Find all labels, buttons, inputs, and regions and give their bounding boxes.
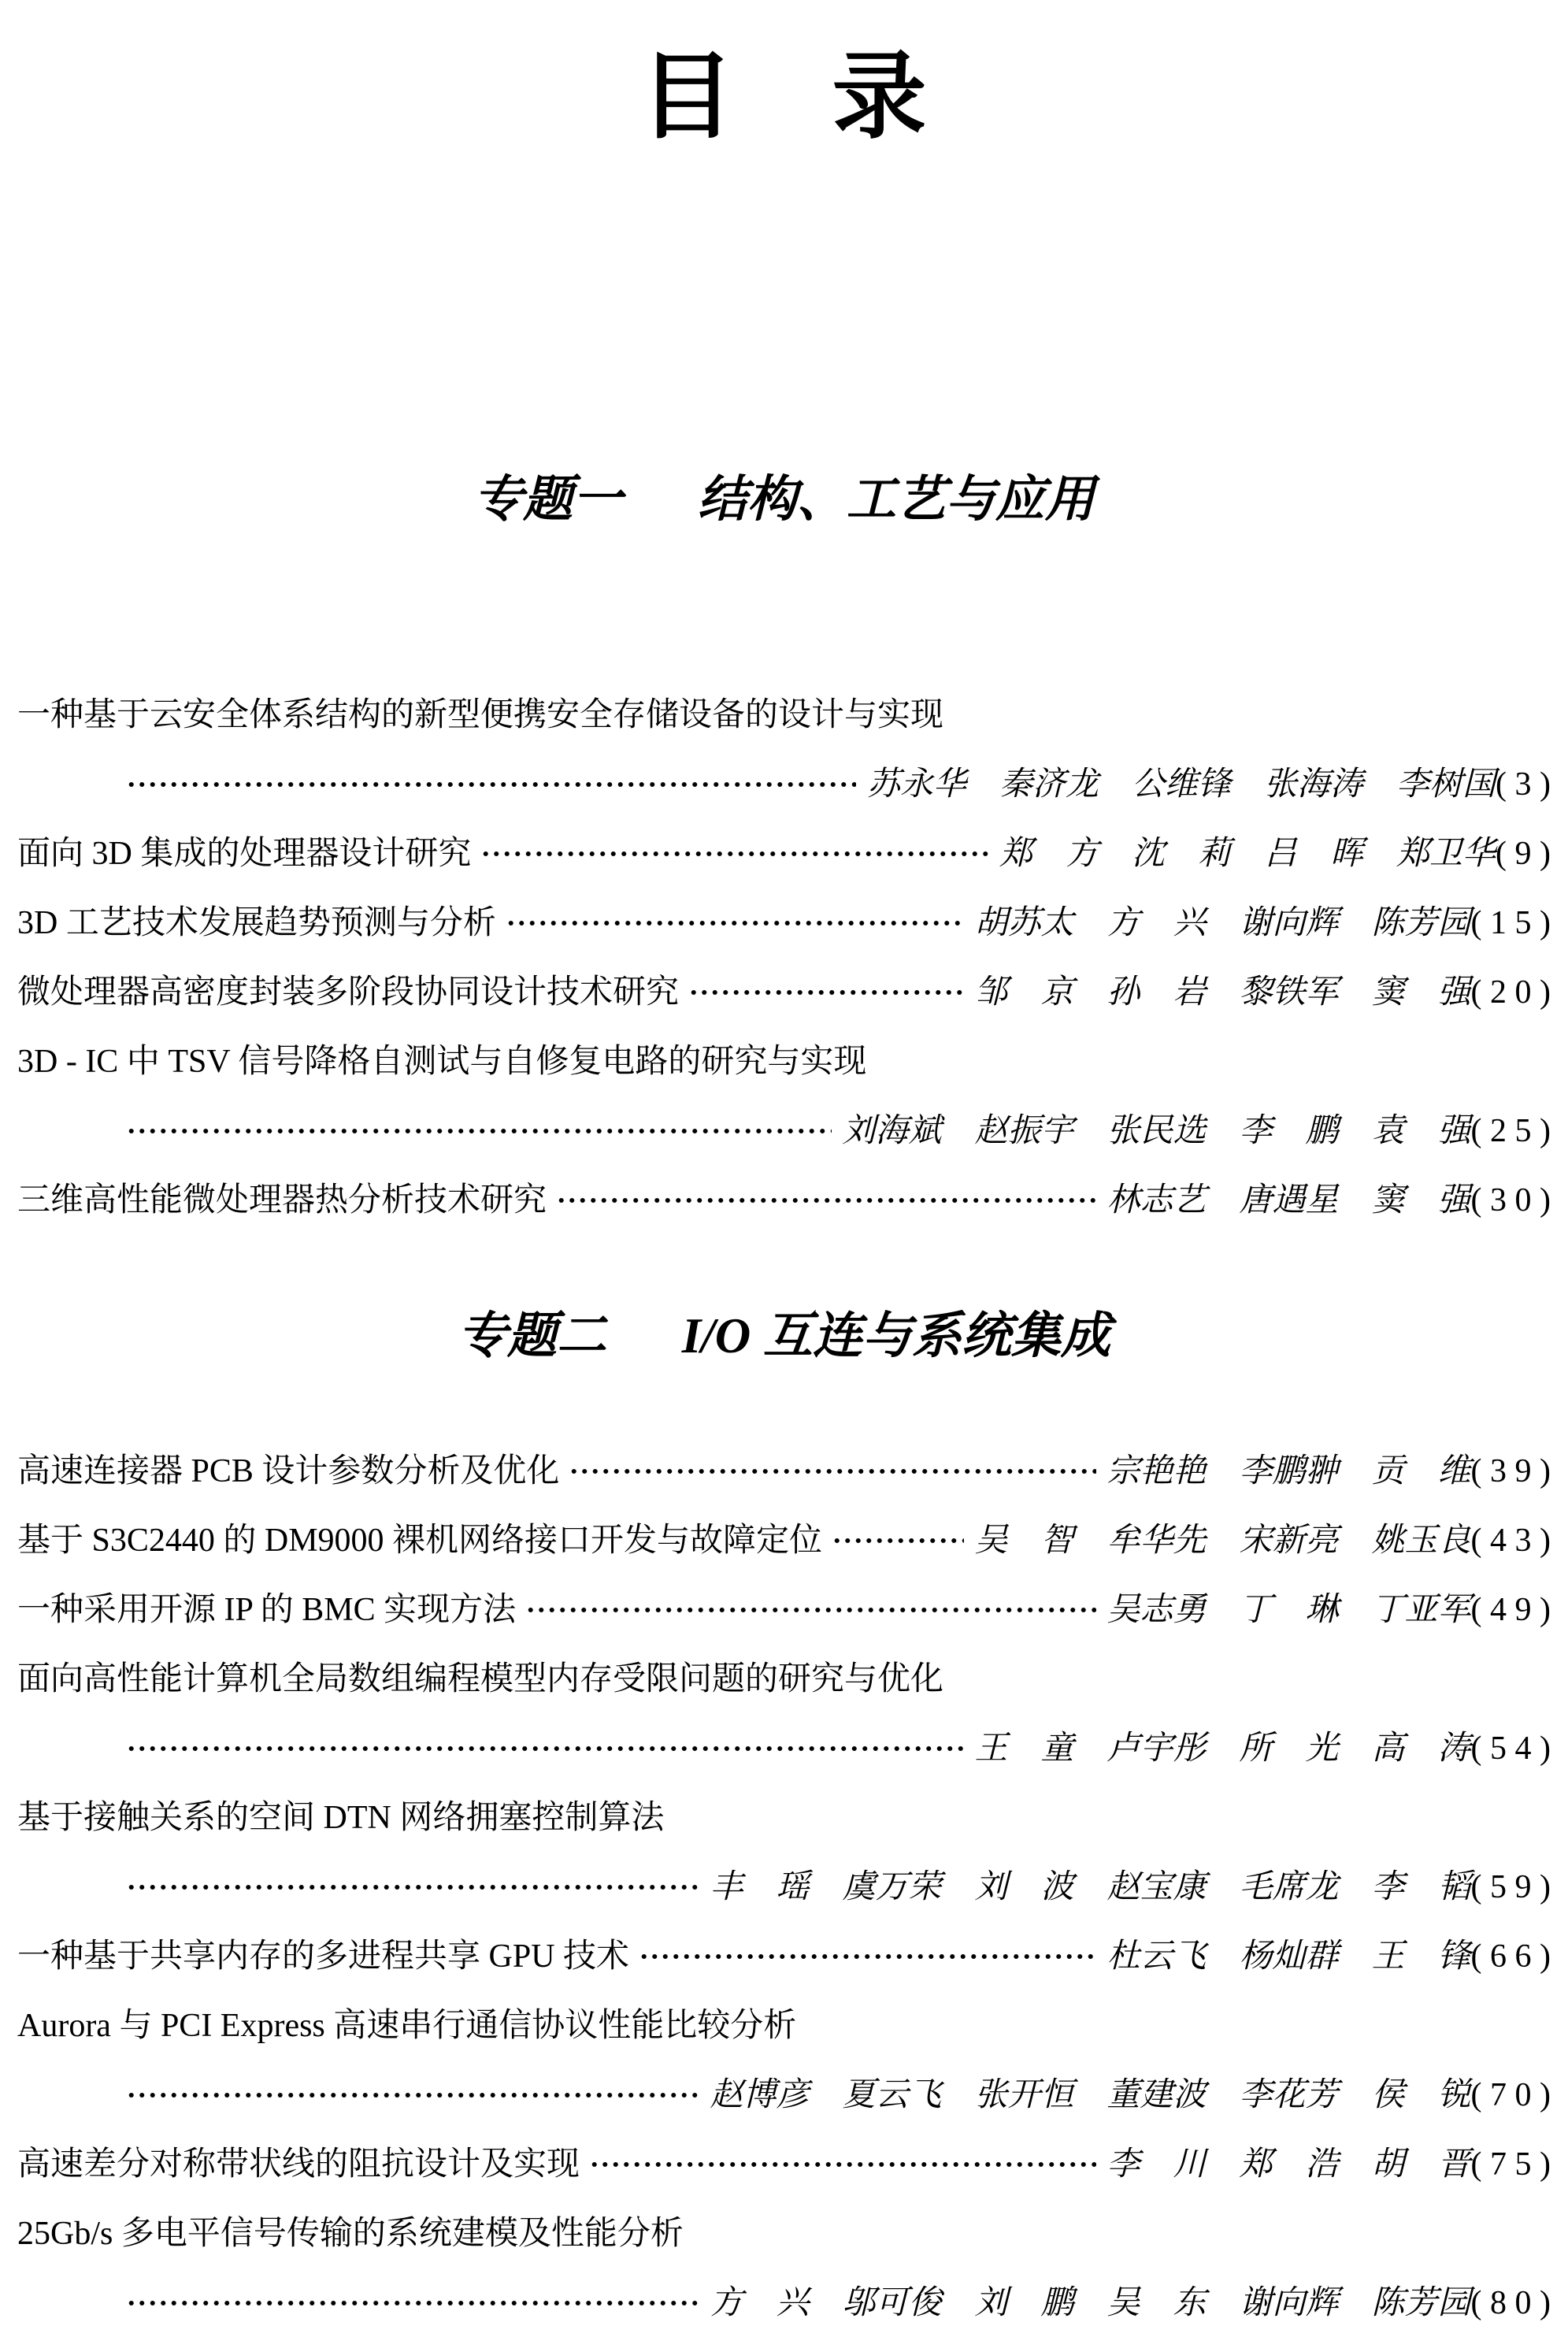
entry-page: ( 2 5 ) <box>1471 1096 1551 1166</box>
entry-line2: 刘海斌 赵振宇 张民选 李 鹏 袁 强 ( 2 5 ) <box>17 1096 1551 1166</box>
entry-tail: 郑 方 沈 莉 吕 晖 郑卫华 ( 9 ) <box>471 819 1551 888</box>
entry-authors: 丰 瑶 虞万荣 刘 波 赵宝康 毛席龙 李 韬 <box>710 1853 1471 1922</box>
entry-authors: 吴 智 牟华先 宋新亮 姚玉良 <box>975 1506 1471 1575</box>
toc-entry: 基于接触关系的空间 DTN 网络拥塞控制算法 丰 瑶 虞万荣 刘 波 赵宝康 毛… <box>17 1783 1551 1922</box>
entry-line1: 面向 3D 集成的处理器设计研究 郑 方 沈 莉 吕 晖 郑卫华 ( 9 ) <box>17 819 1551 888</box>
entry-authors: 吴志勇 丁 琳 丁亚军 <box>1107 1575 1471 1645</box>
entry-authors: 胡苏太 方 兴 谢向辉 陈芳园 <box>975 888 1471 958</box>
dot-leader <box>589 2130 1095 2199</box>
entry-authors: 王 童 卢宇彤 所 光 高 涛 <box>975 1714 1471 1783</box>
toc-entry: Aurora 与 PCI Express 高速串行通信协议性能比较分析 赵博彦 … <box>17 1991 1551 2130</box>
entry-authors: 邹 京 孙 岩 黎铁军 窦 强 <box>975 958 1471 1027</box>
toc-section: 专题一 结构、工艺与应用 一种基于云安全体系结构的新型便携安全存储设备的设计与实… <box>17 468 1551 1235</box>
dot-leader <box>126 1853 699 1922</box>
entry-authors: 刘海斌 赵振宇 张民选 李 鹏 袁 强 <box>843 1096 1471 1166</box>
entry-authors: 苏永华 秦济龙 公维锋 张海涛 李树国 <box>867 750 1496 819</box>
toc-page: 目 录 专题一 结构、工艺与应用 一种基于云安全体系结构的新型便携安全存储设备的… <box>0 0 1568 2348</box>
section-entries: 高速连接器 PCB 设计参数分析及优化 宗艳艳 李鹏翀 贡 维 ( 3 9 ) … <box>17 1437 1551 2338</box>
entry-line1: Aurora 与 PCI Express 高速串行通信协议性能比较分析 <box>17 1991 1551 2061</box>
entry-tail: 赵博彦 夏云飞 张开恒 董建波 李花芳 侯 锐 ( 7 0 ) <box>117 2061 1551 2130</box>
entry-line1: 一种基于云安全体系结构的新型便携安全存储设备的设计与实现 <box>17 681 1551 750</box>
entry-page: ( 5 4 ) <box>1471 1714 1551 1783</box>
dot-leader <box>126 1714 964 1783</box>
section-title: I/O 互连与系统集成 <box>682 1308 1110 1363</box>
entry-page: ( 5 9 ) <box>1471 1853 1551 1922</box>
toc-entry: 25Gb/s 多电平信号传输的系统建模及性能分析 方 兴 邬可俊 刘 鹏 吴 东… <box>17 2199 1551 2338</box>
entry-line2: 王 童 卢宇彤 所 光 高 涛 ( 5 4 ) <box>17 1714 1551 1783</box>
section-prefix: 专题二 <box>458 1308 606 1363</box>
entry-line1: 高速差分对称带状线的阻抗设计及实现 李 川 郑 浩 胡 晋 ( 7 5 ) <box>17 2130 1551 2199</box>
entry-authors: 杜云飞 杨灿群 王 锋 <box>1107 1922 1471 1991</box>
entry-page: ( 8 0 ) <box>1471 2268 1551 2338</box>
entry-authors: 李 川 郑 浩 胡 晋 <box>1107 2130 1471 2199</box>
section-prefix: 专题一 <box>473 472 622 527</box>
toc-entry: 三维高性能微处理器热分析技术研究 林志艺 唐遇星 窦 强 ( 3 0 ) <box>17 1166 1551 1235</box>
entry-line1: 25Gb/s 多电平信号传输的系统建模及性能分析 <box>17 2199 1551 2268</box>
entry-tail: 刘海斌 赵振宇 张民选 李 鹏 袁 强 ( 2 5 ) <box>117 1096 1551 1166</box>
dot-leader <box>832 1506 963 1575</box>
section-header: 专题二 I/O 互连与系统集成 <box>17 1304 1551 1367</box>
entry-line1: 三维高性能微处理器热分析技术研究 林志艺 唐遇星 窦 强 ( 3 0 ) <box>17 1166 1551 1235</box>
entry-page: ( 3 0 ) <box>1471 1166 1551 1235</box>
entry-title: Aurora 与 PCI Express 高速串行通信协议性能比较分析 <box>17 1991 796 2061</box>
toc-entry: 高速差分对称带状线的阻抗设计及实现 李 川 郑 浩 胡 晋 ( 7 5 ) <box>17 2130 1551 2199</box>
entry-title: 一种基于共享内存的多进程共享 GPU 技术 <box>17 1922 629 1991</box>
entry-title: 高速差分对称带状线的阻抗设计及实现 <box>17 2130 580 2199</box>
entry-line1: 面向高性能计算机全局数组编程模型内存受限问题的研究与优化 <box>17 1645 1551 1714</box>
entry-authors: 方 兴 邬可俊 刘 鹏 吴 东 谢向辉 陈芳园 <box>710 2268 1471 2338</box>
entry-title: 高速连接器 PCB 设计参数分析及优化 <box>17 1437 559 1506</box>
toc-section: 专题二 I/O 互连与系统集成 高速连接器 PCB 设计参数分析及优化 宗艳艳 … <box>17 1304 1551 2338</box>
entry-page: ( 7 5 ) <box>1471 2130 1551 2199</box>
entry-title: 25Gb/s 多电平信号传输的系统建模及性能分析 <box>17 2199 684 2268</box>
entry-page: ( 1 5 ) <box>1471 888 1551 958</box>
toc-entry: 面向 3D 集成的处理器设计研究 郑 方 沈 莉 吕 晖 郑卫华 ( 9 ) <box>17 819 1551 888</box>
entry-line2: 苏永华 秦济龙 公维锋 张海涛 李树国 ( 3 ) <box>17 750 1551 819</box>
entry-authors: 宗艳艳 李鹏翀 贡 维 <box>1107 1437 1471 1506</box>
section-entries: 一种基于云安全体系结构的新型便携安全存储设备的设计与实现 苏永华 秦济龙 公维锋… <box>17 681 1551 1235</box>
entry-tail: 吴 智 牟华先 宋新亮 姚玉良 ( 4 3 ) <box>822 1506 1551 1575</box>
entry-line1: 一种基于共享内存的多进程共享 GPU 技术 杜云飞 杨灿群 王 锋 ( 6 6 … <box>17 1922 1551 1991</box>
entry-authors: 赵博彦 夏云飞 张开恒 董建波 李花芳 侯 锐 <box>710 2061 1471 2130</box>
entry-line1: 3D 工艺技术发展趋势预测与分析 胡苏太 方 兴 谢向辉 陈芳园 ( 1 5 ) <box>17 888 1551 958</box>
entry-title: 3D - IC 中 TSV 信号降格自测试与自修复电路的研究与实现 <box>17 1027 866 1096</box>
entry-line1: 基于接触关系的空间 DTN 网络拥塞控制算法 <box>17 1783 1551 1853</box>
entry-line1: 高速连接器 PCB 设计参数分析及优化 宗艳艳 李鹏翀 贡 维 ( 3 9 ) <box>17 1437 1551 1506</box>
entry-title: 一种采用开源 IP 的 BMC 实现方法 <box>17 1575 516 1645</box>
dot-leader <box>126 750 856 819</box>
entry-tail: 胡苏太 方 兴 谢向辉 陈芳园 ( 1 5 ) <box>496 888 1551 958</box>
page-title: 目 录 <box>17 0 1551 154</box>
entry-tail: 丰 瑶 虞万荣 刘 波 赵宝康 毛席龙 李 韬 ( 5 9 ) <box>117 1853 1551 1922</box>
entry-authors: 郑 方 沈 莉 吕 晖 郑卫华 <box>999 819 1496 888</box>
toc-entry: 微处理器高密度封装多阶段协同设计技术研究 邹 京 孙 岩 黎铁军 窦 强 ( 2… <box>17 958 1551 1027</box>
entry-tail: 李 川 郑 浩 胡 晋 ( 7 5 ) <box>580 2130 1551 2199</box>
dot-leader <box>506 888 964 958</box>
entry-title: 基于接触关系的空间 DTN 网络拥塞控制算法 <box>17 1783 664 1853</box>
entry-tail: 邹 京 孙 岩 黎铁军 窦 强 ( 2 0 ) <box>679 958 1551 1027</box>
dot-leader <box>126 2268 699 2338</box>
section-title: 结构、工艺与应用 <box>698 472 1095 527</box>
dot-leader <box>480 819 988 888</box>
dot-leader <box>126 1096 832 1166</box>
entry-tail: 苏永华 秦济龙 公维锋 张海涛 李树国 ( 3 ) <box>117 750 1551 819</box>
entry-page: ( 4 3 ) <box>1471 1506 1551 1575</box>
entry-title: 3D 工艺技术发展趋势预测与分析 <box>17 888 496 958</box>
entry-tail: 吴志勇 丁 琳 丁亚军 ( 4 9 ) <box>516 1575 1551 1645</box>
dot-leader <box>639 1922 1095 1991</box>
entry-title: 微处理器高密度封装多阶段协同设计技术研究 <box>17 958 679 1027</box>
entry-title: 三维高性能微处理器热分析技术研究 <box>17 1166 547 1235</box>
entry-page: ( 9 ) <box>1496 819 1551 888</box>
entry-title: 面向高性能计算机全局数组编程模型内存受限问题的研究与优化 <box>17 1645 943 1714</box>
toc-entry: 面向高性能计算机全局数组编程模型内存受限问题的研究与优化 王 童 卢宇彤 所 光… <box>17 1645 1551 1783</box>
dot-leader <box>126 2061 699 2130</box>
entry-line1: 基于 S3C2440 的 DM9000 裸机网络接口开发与故障定位 吴 智 牟华… <box>17 1506 1551 1575</box>
entry-page: ( 3 9 ) <box>1471 1437 1551 1506</box>
entry-line2: 赵博彦 夏云飞 张开恒 董建波 李花芳 侯 锐 ( 7 0 ) <box>17 2061 1551 2130</box>
entry-line2: 方 兴 邬可俊 刘 鹏 吴 东 谢向辉 陈芳园 ( 8 0 ) <box>17 2268 1551 2338</box>
toc-entry: 一种基于共享内存的多进程共享 GPU 技术 杜云飞 杨灿群 王 锋 ( 6 6 … <box>17 1922 1551 1991</box>
toc-entry: 基于 S3C2440 的 DM9000 裸机网络接口开发与故障定位 吴 智 牟华… <box>17 1506 1551 1575</box>
entry-line2: 丰 瑶 虞万荣 刘 波 赵宝康 毛席龙 李 韬 ( 5 9 ) <box>17 1853 1551 1922</box>
entry-page: ( 2 0 ) <box>1471 958 1551 1027</box>
dot-leader <box>556 1166 1095 1235</box>
entry-tail: 宗艳艳 李鹏翀 贡 维 ( 3 9 ) <box>559 1437 1551 1506</box>
entry-line1: 微处理器高密度封装多阶段协同设计技术研究 邹 京 孙 岩 黎铁军 窦 强 ( 2… <box>17 958 1551 1027</box>
entry-title: 面向 3D 集成的处理器设计研究 <box>17 819 471 888</box>
entry-tail: 杜云飞 杨灿群 王 锋 ( 6 6 ) <box>629 1922 1551 1991</box>
entry-page: ( 6 6 ) <box>1471 1922 1551 1991</box>
entry-authors: 林志艺 唐遇星 窦 强 <box>1107 1166 1471 1235</box>
toc-entry: 一种基于云安全体系结构的新型便携安全存储设备的设计与实现 苏永华 秦济龙 公维锋… <box>17 681 1551 819</box>
entry-line1: 3D - IC 中 TSV 信号降格自测试与自修复电路的研究与实现 <box>17 1027 1551 1096</box>
toc-entry: 3D 工艺技术发展趋势预测与分析 胡苏太 方 兴 谢向辉 陈芳园 ( 1 5 ) <box>17 888 1551 958</box>
entry-title: 基于 S3C2440 的 DM9000 裸机网络接口开发与故障定位 <box>17 1506 822 1575</box>
toc-entry: 一种采用开源 IP 的 BMC 实现方法 吴志勇 丁 琳 丁亚军 ( 4 9 ) <box>17 1575 1551 1645</box>
entry-title: 一种基于云安全体系结构的新型便携安全存储设备的设计与实现 <box>17 681 943 750</box>
entry-tail: 王 童 卢宇彤 所 光 高 涛 ( 5 4 ) <box>117 1714 1551 1783</box>
entry-tail: 方 兴 邬可俊 刘 鹏 吴 东 谢向辉 陈芳园 ( 8 0 ) <box>117 2268 1551 2338</box>
toc-entry: 3D - IC 中 TSV 信号降格自测试与自修复电路的研究与实现 刘海斌 赵振… <box>17 1027 1551 1166</box>
dot-leader <box>688 958 963 1027</box>
entry-page: ( 3 ) <box>1496 750 1551 819</box>
section-header: 专题一 结构、工艺与应用 <box>17 468 1551 531</box>
entry-line1: 一种采用开源 IP 的 BMC 实现方法 吴志勇 丁 琳 丁亚军 ( 4 9 ) <box>17 1575 1551 1645</box>
toc-entry: 高速连接器 PCB 设计参数分析及优化 宗艳艳 李鹏翀 贡 维 ( 3 9 ) <box>17 1437 1551 1506</box>
entry-tail: 林志艺 唐遇星 窦 强 ( 3 0 ) <box>547 1166 1551 1235</box>
dot-leader <box>569 1437 1095 1506</box>
entry-page: ( 7 0 ) <box>1471 2061 1551 2130</box>
toc-sections: 专题一 结构、工艺与应用 一种基于云安全体系结构的新型便携安全存储设备的设计与实… <box>17 468 1551 2338</box>
entry-page: ( 4 9 ) <box>1471 1575 1551 1645</box>
dot-leader <box>525 1575 1095 1645</box>
